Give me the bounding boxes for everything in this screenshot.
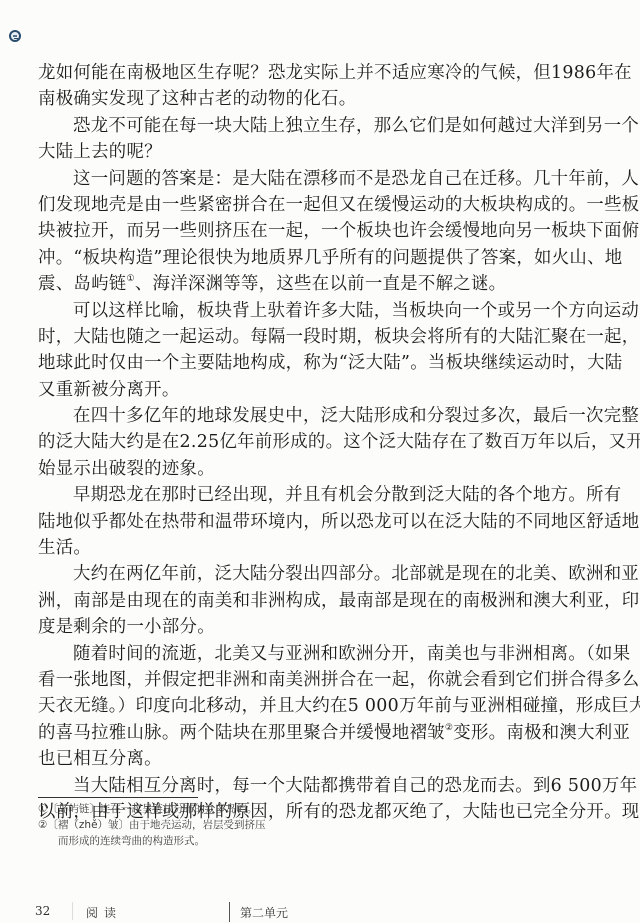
line-text: 在四十多亿年的地球发展史中，泛大陆形成和分裂过多次，最后一次完整	[73, 406, 639, 426]
line-text: 地球此时仅由一个主要陆地构成，称为“泛大陆”。当板块继续运动时，大陆	[38, 353, 622, 373]
page-number: 32	[35, 904, 50, 918]
smiley-face-icon	[9, 30, 21, 42]
line-text: 可以这样比喻，板块背上驮着许多大陆，当板块向一个或另一个方向运动	[73, 301, 639, 321]
line-text: 也已相互分离。	[38, 749, 162, 769]
footnote: ②〔褶（zhě）皱〕由于地壳运动，岩层受到挤压	[38, 817, 338, 833]
footer-divider	[229, 902, 230, 922]
text-line: 早期恐龙在那时已经出现，并且有机会分散到泛大陆的各个地方。所有	[38, 482, 568, 508]
line-text: 的泛大陆大约是在2.25亿年前形成的。这个泛大陆存在了数百万年以后，又开	[38, 432, 640, 452]
text-line: 天衣无缝。）印度向北移动，并且大约在5 000万年前与亚洲相碰撞，形成巨大	[38, 693, 568, 719]
line-text: 南极确实发现了这种古老的动物的化石。	[38, 89, 356, 109]
line-text: 始显示出破裂的迹象。	[38, 459, 215, 479]
text-line: 大约在两亿年前，泛大陆分裂出四部分。北部就是现在的北美、欧洲和亚	[38, 561, 568, 587]
smiley-mouth	[14, 38, 18, 39]
line-text: 又重新被分离开。	[38, 380, 180, 400]
text-line: 又重新被分离开。	[38, 377, 568, 403]
line-text: 的喜马拉雅山脉。两个陆块在那里聚合并缓慢地褶皱	[38, 723, 445, 743]
text-line: 也已相互分离。	[38, 746, 568, 772]
text-line: 冲。“板块构造”理论很快为地质界几乎所有的问题提供了答案，如火山、地	[38, 245, 568, 271]
text-line: 恐龙不可能在每一块大陆上独立生存，那么它们是如何越过大洋到另一个	[38, 113, 568, 139]
footnotes: ①〔岛屿链〕连在一起呈链状分布的众多岛屿。②〔褶（zhě）皱〕由于地壳运动，岩层…	[38, 801, 338, 849]
footnote: 而形成的连续弯曲的构造形式。	[38, 833, 338, 849]
text-line: 大陆上去的呢？	[38, 139, 568, 165]
section-label: 阅读	[86, 904, 122, 921]
line-text: 、海洋深渊等等，这些在以前一直是不解之谜。	[135, 274, 507, 294]
line-text: 天衣无缝。）印度向北移动，并且大约在5 000万年前与亚洲相碰撞，形成巨大	[38, 696, 640, 716]
line-text: 时，大陆也随之一起运动。每隔一段时期，板块会将所有的大陆汇聚在一起，	[38, 327, 640, 347]
line-text: 们发现地壳是由一些紧密拼合在一起但又在缓慢运动的大板块构成的。一些板	[38, 195, 640, 215]
footer-divider	[72, 902, 73, 920]
line-text: 早期恐龙在那时已经出现，并且有机会分散到泛大陆的各个地方。所有	[73, 485, 621, 505]
line-text: 恐龙不可能在每一块大陆上独立生存，那么它们是如何越过大洋到另一个	[73, 116, 639, 136]
line-text: 生活。	[38, 538, 91, 558]
text-line: 们发现地壳是由一些紧密拼合在一起但又在缓慢运动的大板块构成的。一些板	[38, 192, 568, 218]
line-text: 变形。南极和澳大利亚	[453, 723, 630, 743]
text-line: 龙如何能在南极地区生存呢？恐龙实际上并不适应寒冷的气候，但1986年在	[38, 60, 568, 86]
line-text: 洲，南部是由现在的南美和非洲构成，最南部是现在的南极洲和澳大利亚，印	[38, 591, 640, 611]
text-line: 震、岛屿链①、海洋深渊等等，这些在以前一直是不解之谜。	[38, 271, 568, 297]
footnote-marker[interactable]: ①	[126, 274, 134, 284]
text-line: 时，大陆也随之一起运动。每隔一段时期，板块会将所有的大陆汇聚在一起，	[38, 324, 568, 350]
line-text: 度是剩余的一小部分。	[38, 617, 215, 637]
footnote: ①〔岛屿链〕连在一起呈链状分布的众多岛屿。	[38, 801, 338, 817]
line-text: 震、岛屿链	[38, 274, 126, 294]
line-text: 块被拉开，而另一些则挤压在一起，一个板块也许会缓慢地向另一板块下面俯	[38, 221, 640, 241]
text-line: 在四十多亿年的地球发展史中，泛大陆形成和分裂过多次，最后一次完整	[38, 403, 568, 429]
text-line: 地球此时仅由一个主要陆地构成，称为“泛大陆”。当板块继续运动时，大陆	[38, 350, 568, 376]
text-line: 生活。	[38, 535, 568, 561]
text-line: 度是剩余的一小部分。	[38, 614, 568, 640]
line-text: 大约在两亿年前，泛大陆分裂出四部分。北部就是现在的北美、欧洲和亚	[73, 564, 639, 584]
text-line: 这一问题的答案是：是大陆在漂移而不是恐龙自己在迁移。几十年前，人	[38, 166, 568, 192]
text-line: 当大陆相互分离时，每一个大陆都携带着自己的恐龙而去。到6 500万年	[38, 773, 568, 799]
unit-label: 第二单元	[240, 904, 288, 921]
text-line: 始显示出破裂的迹象。	[38, 456, 568, 482]
page-footer: 32 阅读 第二单元	[0, 900, 640, 923]
text-line: 的泛大陆大约是在2.25亿年前形成的。这个泛大陆存在了数百万年以后，又开	[38, 429, 568, 455]
line-text: 大陆上去的呢？	[38, 142, 162, 162]
line-text: 陆地似乎都处在热带和温带环境内，所以恐龙可以在泛大陆的不同地区舒适地	[38, 512, 640, 532]
text-line: 的喜马拉雅山脉。两个陆块在那里聚合并缓慢地褶皱②变形。南极和澳大利亚	[38, 720, 568, 746]
line-text: 随着时间的流逝，北美又与亚洲和欧洲分开，南美也与非洲相离。（如果	[73, 644, 630, 664]
text-line: 陆地似乎都处在热带和温带环境内，所以恐龙可以在泛大陆的不同地区舒适地	[38, 509, 568, 535]
body-text: 龙如何能在南极地区生存呢？恐龙实际上并不适应寒冷的气候，但1986年在南极确实发…	[38, 60, 568, 825]
text-line: 南极确实发现了这种古老的动物的化石。	[38, 86, 568, 112]
textbook-page: 龙如何能在南极地区生存呢？恐龙实际上并不适应寒冷的气候，但1986年在南极确实发…	[0, 0, 640, 923]
line-text: 当大陆相互分离时，每一个大陆都携带着自己的恐龙而去。到6 500万年	[73, 776, 637, 796]
text-line: 洲，南部是由现在的南美和非洲构成，最南部是现在的南极洲和澳大利亚，印	[38, 588, 568, 614]
footnote-divider	[38, 797, 198, 798]
line-text: 这一问题的答案是：是大陆在漂移而不是恐龙自己在迁移。几十年前，人	[73, 169, 639, 189]
footnote-marker[interactable]: ②	[445, 723, 453, 733]
text-line: 可以这样比喻，板块背上驮着许多大陆，当板块向一个或另一个方向运动	[38, 298, 568, 324]
line-text: 龙如何能在南极地区生存呢？恐龙实际上并不适应寒冷的气候，但1986年在	[38, 63, 632, 83]
text-line: 块被拉开，而另一些则挤压在一起，一个板块也许会缓慢地向另一板块下面俯	[38, 218, 568, 244]
line-text: 看一张地图，并假定把非洲和南美洲拼合在一起，你就会看到它们拼合得多么	[38, 670, 640, 690]
text-line: 看一张地图，并假定把非洲和南美洲拼合在一起，你就会看到它们拼合得多么	[38, 667, 568, 693]
text-line: 随着时间的流逝，北美又与亚洲和欧洲分开，南美也与非洲相离。（如果	[38, 641, 568, 667]
line-text: 冲。“板块构造”理论很快为地质界几乎所有的问题提供了答案，如火山、地	[38, 248, 622, 268]
